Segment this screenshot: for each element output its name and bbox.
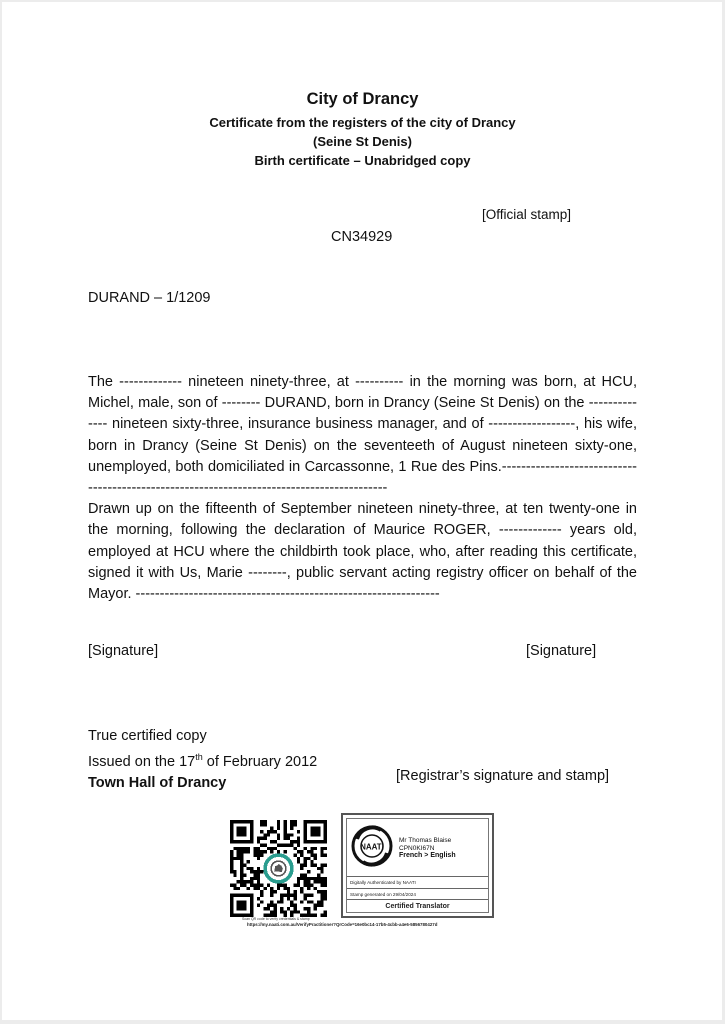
naati-translator-stamp: NAATI Mr Thomas Blaise CPN0KI67N French …	[341, 813, 494, 918]
register-reference: DURAND – 1/1209	[88, 290, 211, 306]
svg-text:NAATI: NAATI	[360, 843, 384, 852]
true-copy-label: True certified copy	[88, 726, 317, 747]
translator-name: Mr Thomas Blaise	[399, 837, 456, 845]
qr-verify-url[interactable]: https://my.naati.com.au/VerifyPractition…	[247, 922, 437, 927]
naati-stamp-inner: NAATI Mr Thomas Blaise CPN0KI67N French …	[346, 818, 489, 913]
official-stamp-note: [Official stamp]	[482, 207, 571, 222]
issued-date-ordinal: th	[195, 752, 203, 762]
issued-date: Issued on the 17th of February 2012	[88, 747, 317, 773]
practitioner-id: CPN0KI67N	[399, 845, 456, 853]
document-subtitle-type: Birth certificate – Unabridged copy	[0, 151, 725, 170]
signature-right: [Signature]	[526, 643, 596, 659]
certification-block: True certified copy Issued on the 17th o…	[88, 726, 317, 794]
certificate-body: The ------------- nineteen ninety-three,…	[88, 372, 637, 605]
document-subtitle-region: (Seine St Denis)	[0, 132, 725, 151]
registrar-signature-note: [Registrar’s signature and stamp]	[396, 768, 609, 784]
issued-date-prefix: Issued on the 17	[88, 754, 195, 770]
issued-date-suffix: of February 2012	[203, 754, 317, 770]
declaration-paragraph: Drawn up on the fifteenth of September n…	[88, 499, 637, 605]
naati-authenticated: Digitally Authenticated by NAATI	[347, 876, 488, 888]
naati-logo-icon: NAATI	[351, 825, 393, 867]
naati-translator-info: Mr Thomas Blaise CPN0KI67N French > Engl…	[399, 837, 456, 860]
signature-left: [Signature]	[88, 643, 158, 659]
naati-certified-role: Certified Translator	[347, 903, 488, 910]
document-subtitle-registers: Certificate from the registers of the ci…	[0, 113, 725, 132]
document-title: City of Drancy	[0, 89, 725, 109]
qr-code-icon[interactable]	[230, 820, 327, 917]
certificate-number: CN34929	[331, 229, 392, 245]
town-hall-label: Town Hall of Drancy	[88, 773, 317, 794]
qr-caption: Scan QR code to verify credentials & sta…	[242, 917, 310, 921]
naati-stamp-date: Stamp generated on 29/04/2024	[347, 888, 488, 900]
birth-record-paragraph: The ------------- nineteen ninety-three,…	[88, 372, 637, 499]
language-pair: French > English	[399, 852, 456, 860]
